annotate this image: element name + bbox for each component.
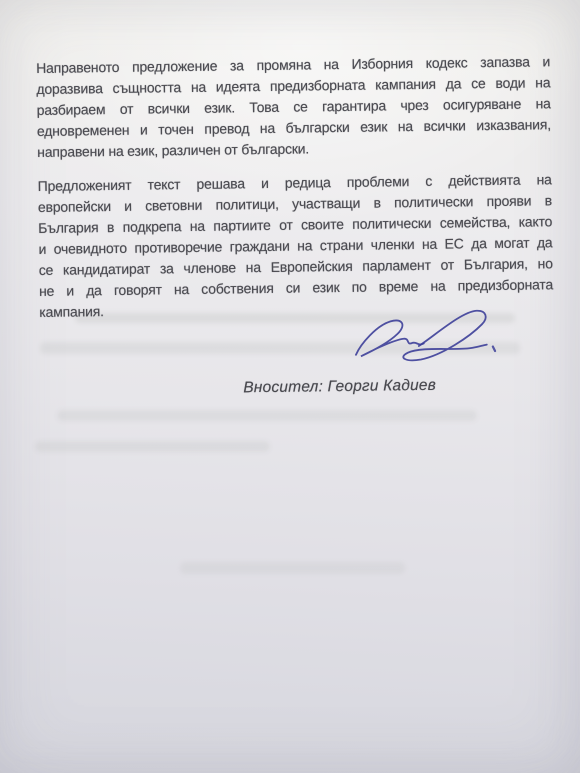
signature-stroke-flourish xyxy=(403,311,487,361)
submitter-line: Вносител: Георги Кадиев xyxy=(243,377,436,398)
signature-ink xyxy=(345,304,514,370)
document-text-block: Направеното предложение за промяна на Из… xyxy=(36,51,555,478)
signature-stroke-dot xyxy=(493,347,495,352)
paragraph-2: Предложеният текст решава и редица пробл… xyxy=(38,169,554,323)
paragraph-1: Направеното предложение за промяна на Из… xyxy=(36,51,551,163)
bleed-through-text xyxy=(180,562,405,574)
scanned-document-page: Направеното предложение за промяна на Из… xyxy=(0,0,580,773)
